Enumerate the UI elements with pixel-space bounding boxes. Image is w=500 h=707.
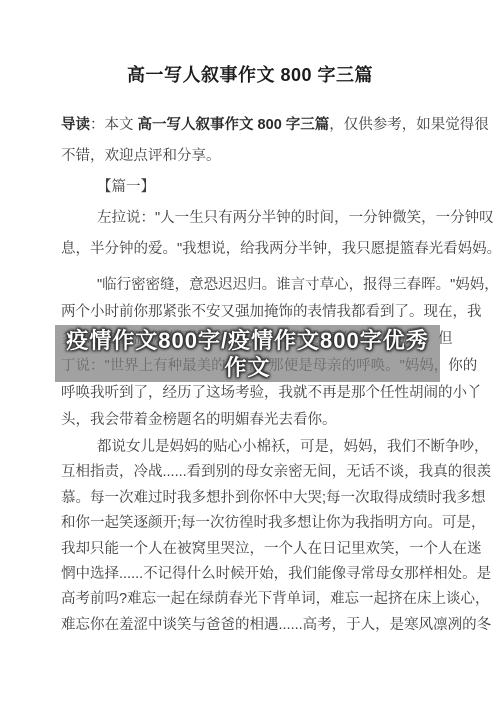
text-line: 左拉说："人一生只有两分半钟的时间，一分钟微笑，一分钟叹 — [61, 203, 438, 234]
text-line: 都说女儿是妈妈的贴心小棉袄，可是，妈妈，我们不断争吵， — [61, 435, 438, 460]
text-segment: 都说女儿是妈妈的贴心小棉袄，可是，妈妈，我们不断争吵， — [97, 439, 489, 455]
text-line: 高考前吗?难忘一起在绿荫春光下背单词，难忘一起挤在床上谈心， — [61, 587, 438, 612]
text-segment: 息，半分钟的爱。"我想说，给我两分半钟，我只愿提篮春光看妈妈。 — [61, 241, 500, 257]
text-segment: 慕。每一次难过时我多想扑到你怀中大哭;每一次取得成绩时我多想 — [61, 490, 486, 506]
text-segment: 我却只能一个人在被窝里哭泣，一个人在日记里欢笑，一个人在迷 — [61, 541, 482, 557]
text-segment: 两个小时前你那紧张不安又强加掩饰的表情我都看到了。现在，我 — [61, 304, 482, 320]
text-segment: ，仅供参考，如果觉得很 — [329, 117, 489, 133]
text-line: "临行密密缝，意恐迟迟归。谁言寸草心，报得三春晖。"妈妈， — [61, 272, 438, 299]
text-line: 息，半分钟的爱。"我想说，给我两分半钟，我只愿提篮春光看妈妈。 — [61, 234, 438, 265]
text-segment: "临行密密缝，意恐迟迟归。谁言寸草心，报得三春晖。"妈妈， — [97, 277, 499, 293]
text-segment: 互相指责，冷战......看到别的母女亲密无间，无话不谈，我真的很羡 — [61, 464, 491, 480]
text-line: 难忘你在羞涩中谈笑与爸爸的相遇......高考，于人，是寒风凛冽的冬 — [61, 613, 438, 638]
text-line: 【篇一】 — [61, 172, 438, 203]
page-title: 高一写人叙事作文 800 字三篇 — [0, 62, 500, 88]
text-segment: 呼唤我听到了，经历了这场考验，我就不再是那个任性胡闹的小丫 — [61, 385, 482, 401]
watermark-text-line2: 作文 — [224, 354, 270, 381]
text-segment: 左拉说："人一生只有两分半钟的时间，一分钟微笑，一分钟叹 — [97, 210, 494, 226]
text-line: 头，我会带着金榜题名的明媚春光去看你。 — [61, 407, 438, 434]
text-segment: 【篇一】 — [97, 179, 155, 195]
text-segment: 和你一起笑逐颜开;每一次彷徨时我多想让你为我指明方向。可是， — [61, 515, 486, 531]
paragraph-1: 左拉说："人一生只有两分半钟的时间，一分钟微笑，一分钟叹息，半分钟的爱。"我想说… — [61, 203, 438, 265]
paragraph-3: 都说女儿是妈妈的贴心小棉袄，可是，妈妈，我们不断争吵，互相指责，冷战......… — [61, 435, 438, 638]
text-segment: 头，我会带着金榜题名的明媚春光去看你。 — [61, 412, 337, 428]
intro-paragraph: 导读：本文 高一写人叙事作文 800 字三篇，仅供参考，如果觉得很不错，欢迎点评… — [61, 110, 438, 172]
watermark-text-line1: 疫情作文800字/疫情作文800字优秀 — [66, 327, 429, 354]
text-line: 惘中选择......不记得什么时候开始，我们能像寻常母女那样相处。是 — [61, 562, 438, 587]
text-segment: 不错，欢迎点评和分享。 — [61, 148, 221, 164]
text-line: 呼唤我听到了，经历了这场考验，我就不再是那个任性胡闹的小丫 — [61, 380, 438, 407]
text-line: 导读：本文 高一写人叙事作文 800 字三篇，仅供参考，如果觉得很 — [61, 110, 438, 141]
bold-text-segment: 高一写人叙事作文 800 字三篇 — [138, 117, 330, 133]
text-segment: 惘中选择......不记得什么时候开始，我们能像寻常母女那样相处。是 — [61, 566, 491, 582]
text-line: 两个小时前你那紧张不安又强加掩饰的表情我都看到了。现在，我 — [61, 299, 438, 326]
watermark-overlay: 疫情作文800字/疫情作文800字优秀 作文 — [55, 325, 440, 382]
section-label: 【篇一】 — [61, 172, 438, 203]
text-segment: 难忘你在羞涩中谈笑与爸爸的相遇......高考，于人，是寒风凛冽的冬 — [61, 617, 491, 633]
text-line: 互相指责，冷战......看到别的母女亲密无间，无话不谈，我真的很羡 — [61, 460, 438, 485]
text-line: 慕。每一次难过时我多想扑到你怀中大哭;每一次取得成绩时我多想 — [61, 486, 438, 511]
text-segment: ：本文 — [90, 117, 138, 133]
text-segment: 高考前吗?难忘一起在绿荫春光下背单词，难忘一起挤在床上谈心， — [61, 591, 490, 607]
document-page: 高一写人叙事作文 800 字三篇 导读：本文 高一写人叙事作文 800 字三篇，… — [0, 0, 500, 707]
text-line: 和你一起笑逐颜开;每一次彷徨时我多想让你为我指明方向。可是， — [61, 511, 438, 536]
text-line: 我却只能一个人在被窝里哭泣，一个人在日记里欢笑，一个人在迷 — [61, 537, 438, 562]
bold-text-segment: 导读 — [61, 117, 90, 133]
text-line: 不错，欢迎点评和分享。 — [61, 141, 438, 172]
